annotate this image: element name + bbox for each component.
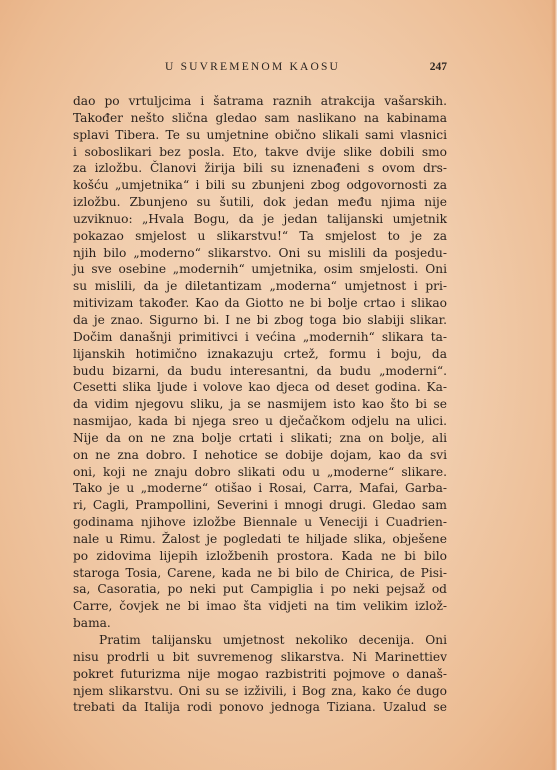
text-line: Cesetti slika ljude i volove kao djeca o… <box>73 379 447 396</box>
text-line: sa, Casoratia, po neki put Campiglia i p… <box>73 581 447 598</box>
text-line: mitivizam također. Kao da Giotto ne bi b… <box>73 295 447 312</box>
text-line: dao po vrtuljcima i šatrama raznih atrak… <box>73 93 447 110</box>
text-line: godinama njihove izložbe Biennale u Vene… <box>73 514 447 531</box>
text-line: ri, Cagli, Prampollini, Severini i mnogi… <box>73 497 447 514</box>
text-line: Također nešto slična gledao sam naslikan… <box>73 110 447 127</box>
text-line: košću „umjetnika“ i bili su zbunjeni zbo… <box>73 177 447 194</box>
text-line: i soboslikari bez posla. Eto, takve dvij… <box>73 144 447 161</box>
text-line: Tako je u „moderne“ otišao i Rosai, Carr… <box>73 480 447 497</box>
text-line: nisu prodrli u bit suvremenog slikarstva… <box>73 649 447 666</box>
body-text: dao po vrtuljcima i šatrama raznih atrak… <box>73 93 447 716</box>
text-line: nasmijao, kada bi njega sreo u dječačkom… <box>73 413 447 430</box>
text-line: izložbu. Zbunjeno su šutili, dok jedan m… <box>73 194 447 211</box>
page-number: 247 <box>430 61 447 73</box>
text-line: budu bizarni, da budu interesantni, da b… <box>73 363 447 380</box>
text-line: staroga Tosia, Carene, kada ne bi bilo d… <box>73 565 447 582</box>
text-line: splavi Tibera. Te su umjetnine obično sl… <box>73 127 447 144</box>
running-header: U SUVREMENOM KAOSU 247 <box>73 61 447 77</box>
text-line: on ne zna dobro. I nehotice se dobije do… <box>73 447 447 464</box>
text-line: nale u Rimu. Žalost je pogledati te hilj… <box>73 531 447 548</box>
text-line: pokret futurizma nije mogao razbistriti … <box>73 666 447 683</box>
text-line: ju sve osebine „modernih“ umjetnika, osi… <box>73 261 447 278</box>
text-line: bama. <box>73 615 447 632</box>
text-line: Carre, čovjek ne bi imao šta vidjeti na … <box>73 598 447 615</box>
text-line: Dočim današnji primitivci i većina „mode… <box>73 329 447 346</box>
running-title: U SUVREMENOM KAOSU <box>165 61 340 73</box>
paragraph-start-line: Pratim talijansku umjetnost nekoliko dec… <box>73 632 447 649</box>
text-line: po zidovima lijepih izložbenih prostora.… <box>73 548 447 565</box>
text-line: da je znao. Sigurno bi. I ne bi zbog tog… <box>73 312 447 329</box>
text-line: njih bilo „moderno“ slikarstvo. Oni su m… <box>73 245 447 262</box>
text-line: pokazao smjelost u slikarstvu!“ Ta smjel… <box>73 228 447 245</box>
text-line: njem slikarstvu. Oni su se izživili, i B… <box>73 683 447 700</box>
text-line: trebati da Italija rodi ponovo jednoga T… <box>73 699 447 716</box>
text-line: oni, koji ne znaju dobro slikati odu u „… <box>73 464 447 481</box>
text-line: za izložbu. Članovi žirija bili su iznen… <box>73 160 447 177</box>
page-edge <box>551 0 557 770</box>
text-line: lijanskih hotimično iznakazuju crtež, fo… <box>73 346 447 363</box>
text-line: da vidim njegovu sliku, ja se nasmijem i… <box>73 396 447 413</box>
text-line: uzviknuo: „Hvala Bogu, da je jedan talij… <box>73 211 447 228</box>
text-line: Nije da on ne zna bolje crtati i slikati… <box>73 430 447 447</box>
text-line: su mislili, da je diletantizam „moderna“… <box>73 278 447 295</box>
book-page: U SUVREMENOM KAOSU 247 dao po vrtuljcima… <box>0 0 557 770</box>
